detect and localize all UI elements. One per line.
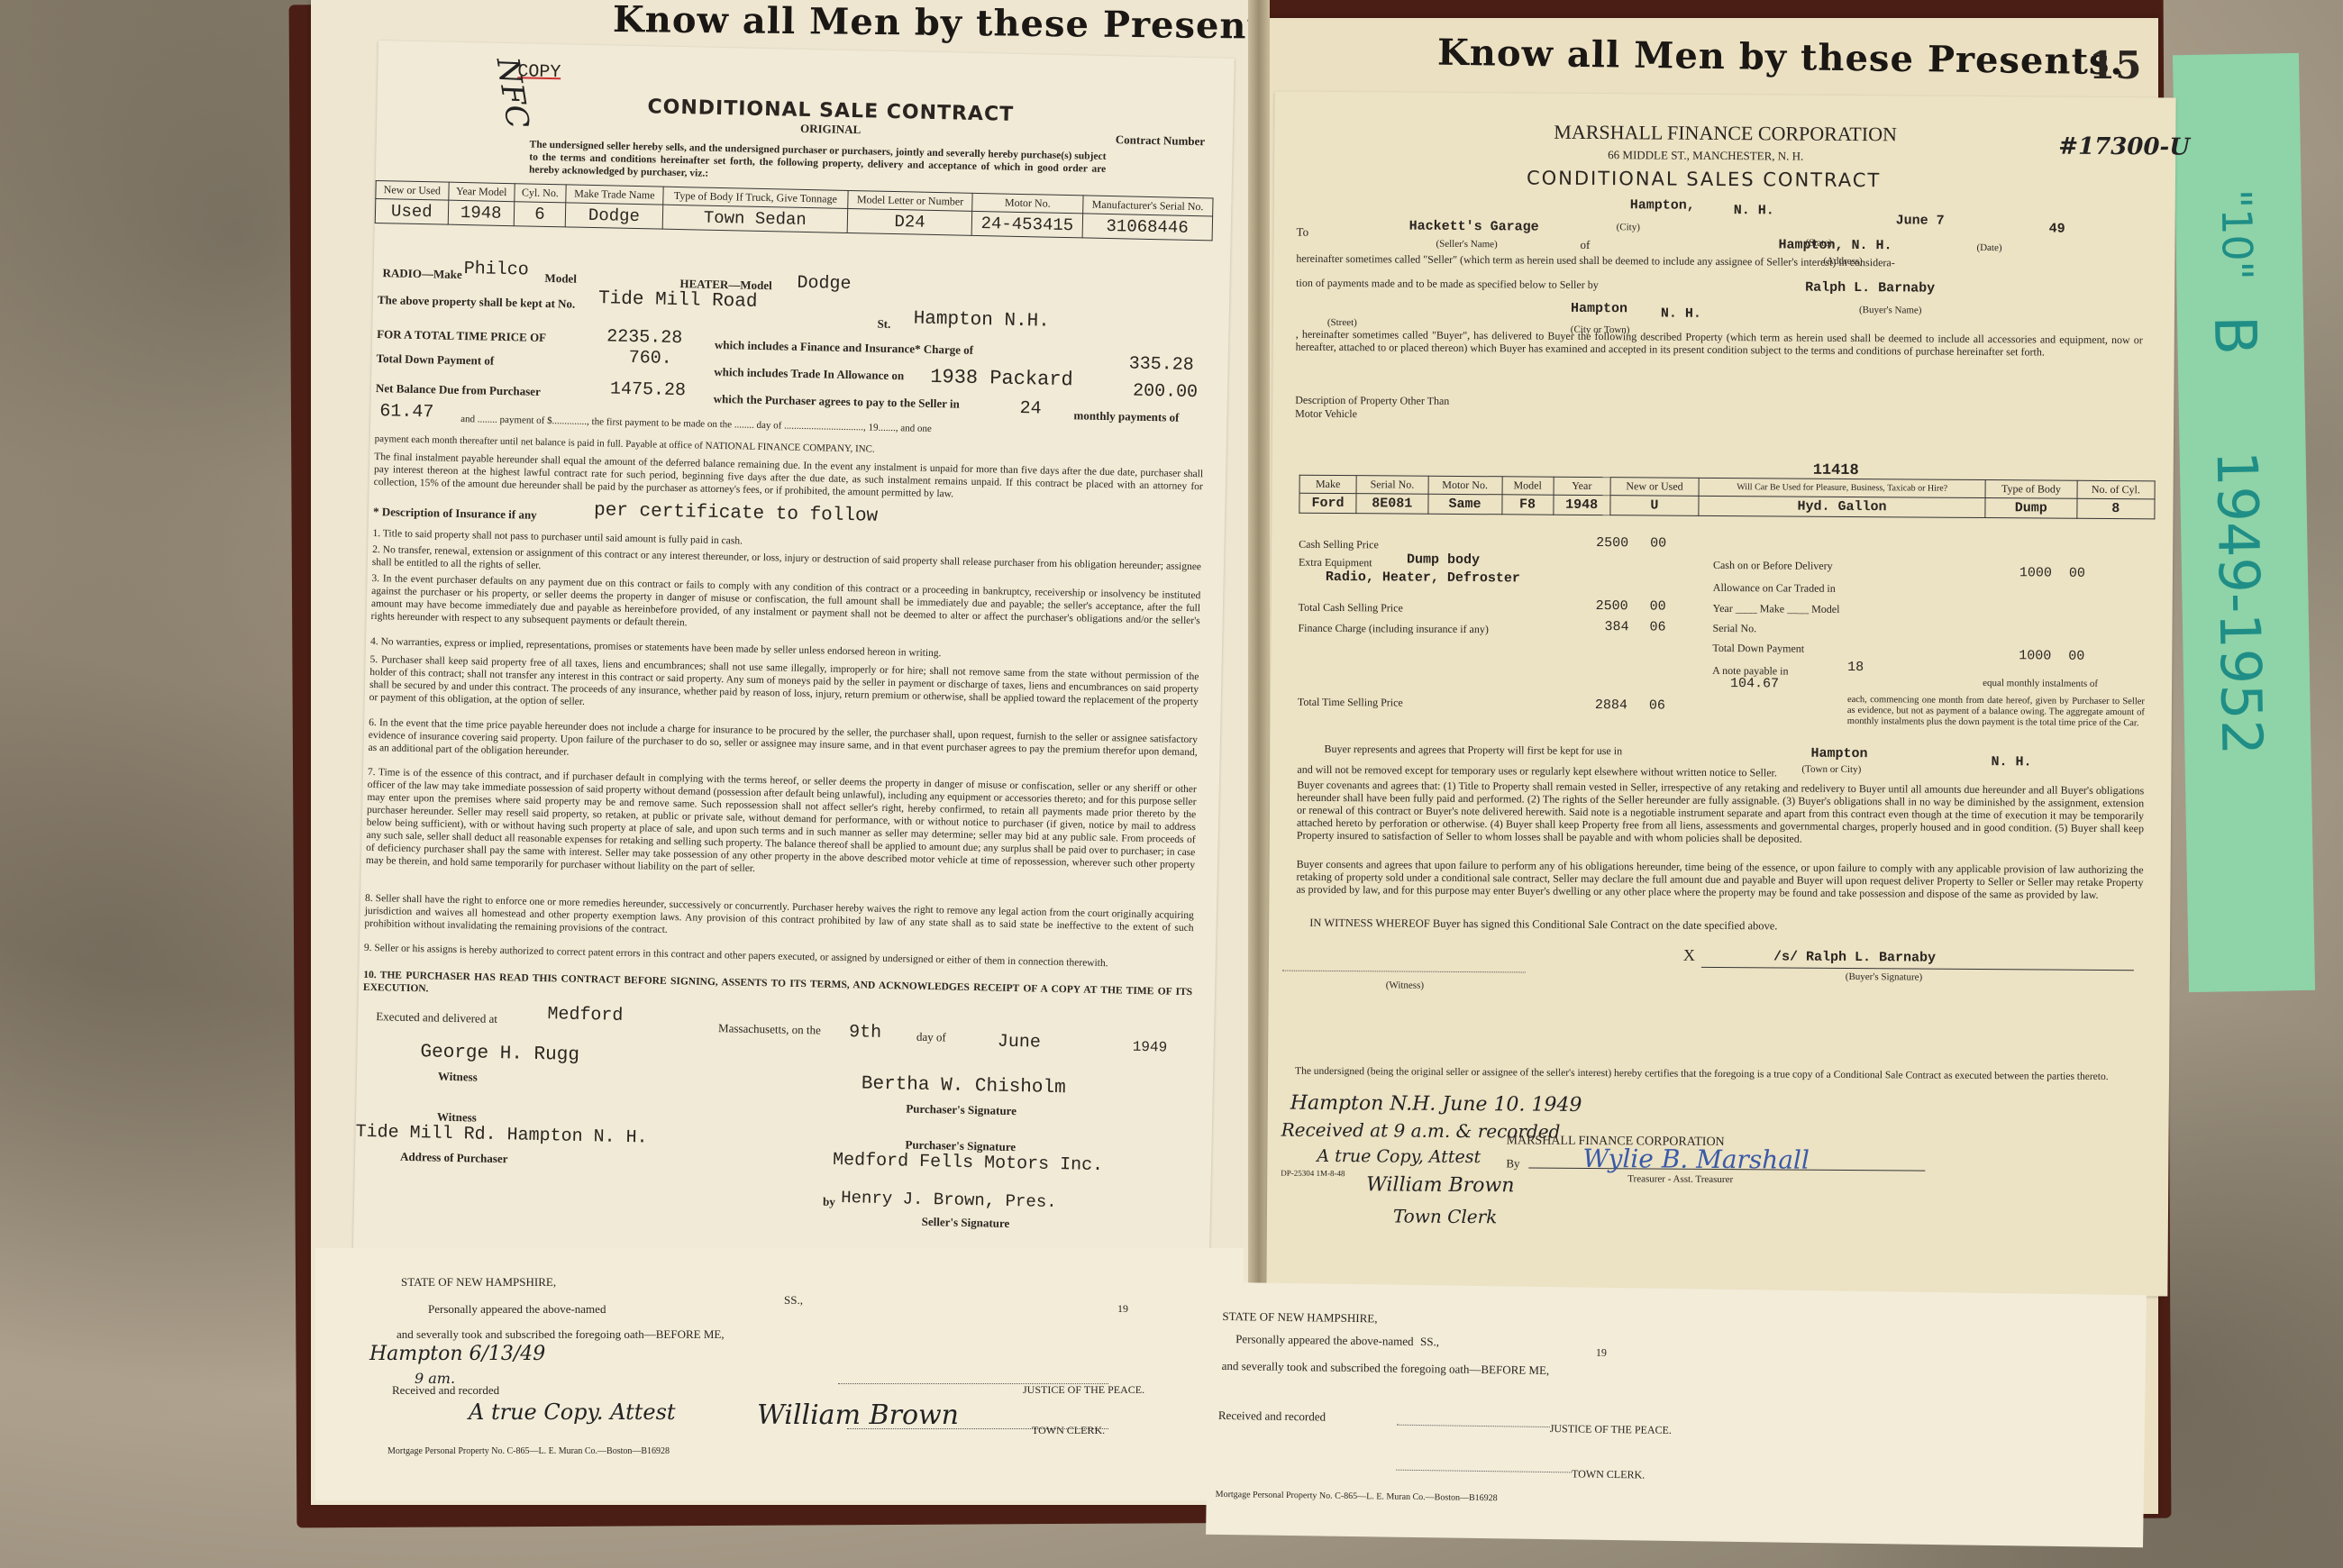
- contract-number-label: Contract Number: [1116, 132, 1206, 149]
- clerk-signature-line-right: [1396, 1470, 1572, 1473]
- total-time-selling-price-cents: 06: [1649, 697, 1665, 713]
- intro-text: The undersigned seller hereby sells, and…: [529, 139, 1107, 188]
- cell-motor: Same: [1427, 494, 1501, 515]
- right-vehicle-table: Make Serial No. Motor No. Model Year New…: [1299, 475, 2155, 520]
- agrees-label: which the Purchaser agrees to pay to the…: [714, 392, 960, 412]
- right-title: CONDITIONAL SALES CONTRACT: [1527, 167, 1881, 191]
- term-6: 6. In the event that the time price paya…: [368, 716, 1198, 771]
- witness-signature-line: [1282, 971, 1526, 973]
- by-label: by: [823, 1195, 835, 1209]
- oath-ss-right: SS.,: [1420, 1335, 1439, 1349]
- index-tab: "10" B 1949-1952: [2173, 53, 2315, 992]
- executed-day: 9th: [849, 1022, 881, 1044]
- col-year: Year Model: [448, 182, 515, 202]
- buyer-name: Ralph L. Barnaby: [1805, 280, 1935, 296]
- buyer-city: Hampton: [1571, 301, 1627, 316]
- kept-state: N. H.: [1991, 754, 2031, 770]
- finance-charge: 335.28: [1128, 354, 1193, 377]
- finance-charge-label-right: Finance Charge (including insurance if a…: [1298, 622, 1488, 636]
- oath-ss: SS.,: [784, 1293, 803, 1308]
- term-7: 7. Time is of the essence of this contra…: [366, 766, 1197, 884]
- handwritten-recording-3: A true Copy, Attest: [1317, 1146, 1481, 1167]
- certify-by: By: [1506, 1156, 1519, 1171]
- col-new-used: New or Used: [1610, 478, 1699, 497]
- kept-clause-2: and will not be removed except for tempo…: [1297, 763, 1777, 780]
- kept-at-label: The above property shall be kept at No.: [378, 293, 576, 312]
- oath-sworn-right: and severally took and subscribed the fo…: [1222, 1359, 1550, 1378]
- cell-serial: 31068446: [1082, 214, 1213, 241]
- term-5: 5. Purchaser shall keep said property fr…: [369, 653, 1199, 721]
- street-label: (Street): [1327, 317, 1357, 328]
- total-down-payment-cents: 00: [2068, 649, 2084, 664]
- buyer-signature-line: [1701, 967, 2134, 971]
- handwritten-ref: #17300-U: [2058, 133, 2190, 161]
- extra-equipment-value-2: Radio, Heater, Defroster: [1326, 570, 1520, 587]
- purchaser-address: Tide Mill Rd. Hampton N. H.: [355, 1122, 647, 1149]
- executed-state: Massachusetts, on the: [718, 1021, 821, 1037]
- extra-equipment-label: Extra Equipment: [1299, 556, 1372, 570]
- trade-in-vehicle: 1938 Packard: [930, 366, 1073, 391]
- down-payment-label: Total Down Payment of: [376, 351, 494, 369]
- executed-place: Medford: [547, 1004, 623, 1026]
- seller-name-right: Hackett's Garage: [1409, 219, 1539, 235]
- witness-1: George H. Rugg: [420, 1042, 579, 1066]
- executed-year: 1949: [1133, 1039, 1168, 1056]
- consents: Buyer consents and agrees that upon fail…: [1296, 858, 2143, 902]
- col-year: Year: [1554, 477, 1610, 495]
- cell-body: Town Sedan: [662, 205, 847, 232]
- executed-label: Executed and delivered at: [376, 1009, 497, 1026]
- total-time-selling-price-label: Total Time Selling Price: [1298, 696, 1403, 710]
- payments-of-label: monthly payments of: [1073, 408, 1179, 424]
- radio-label: RADIO—Make: [382, 266, 461, 282]
- buyer-name-label: (Buyer's Name): [1859, 305, 1922, 315]
- cell-usage: Hyd. Gallon: [1699, 496, 1985, 517]
- date-label: (Date): [1976, 242, 2001, 253]
- tab-label-letter: B: [2201, 315, 2268, 356]
- trade-in-label: which includes Trade In Allowance on: [714, 365, 904, 383]
- handwritten-recording-1: Hampton N.H. June 10. 1949: [1290, 1092, 1582, 1117]
- of-label: of: [1580, 238, 1590, 252]
- trade-in-amount: 200.00: [1133, 381, 1198, 404]
- contract-year: 49: [2049, 222, 2065, 237]
- cash-selling-price-cents: 00: [1650, 535, 1666, 551]
- left-banner: Know all Men by these Presents.: [613, 0, 1299, 48]
- justice-signature-line-right: [1397, 1425, 1550, 1427]
- total-cash-selling-price-cents: 00: [1650, 598, 1666, 614]
- final-instalment-text: The final instalment payable hereunder s…: [374, 451, 1204, 506]
- witness-clause: IN WITNESS WHEREOF Buyer has signed this…: [1309, 916, 1777, 934]
- cell-motor: 24-453415: [972, 211, 1083, 238]
- handwritten-place-date: Hampton 6/13/49: [369, 1343, 545, 1365]
- col-model: Model: [1502, 477, 1554, 495]
- buyer-state: N. H.: [1661, 306, 1701, 322]
- total-time-price-label: FOR A TOTAL TIME PRICE OF: [377, 327, 546, 345]
- instalment-label: equal monthly instalments of: [1983, 678, 2098, 689]
- company-name: MARSHALL FINANCE CORPORATION: [1554, 121, 1897, 147]
- form-footer-right: Mortgage Personal Property No. C-865—L. …: [1216, 1490, 1498, 1503]
- tab-label-years: 1949-1952: [2204, 450, 2275, 755]
- buyer-signature-label: (Buyer's Signature): [1846, 971, 1922, 983]
- company-address: 66 MIDDLE ST., MANCHESTER, N. H.: [1608, 148, 1803, 164]
- seller-signature-label: Seller's Signature: [922, 1215, 1010, 1231]
- instalment-amount: 104.67: [1730, 676, 1779, 691]
- total-cash-selling-price-label: Total Cash Selling Price: [1299, 601, 1403, 615]
- left-vehicle-table: New or Used Year Model Cyl. No. Make Tra…: [375, 180, 1214, 241]
- term-8: 8. Seller shall have the right to enforc…: [364, 892, 1194, 947]
- term-9: 9. Seller or his assigns is hereby autho…: [364, 942, 1193, 971]
- consideration-clause: tion of payments made and to be made as …: [1296, 277, 1599, 292]
- contract-state: N. H.: [1734, 203, 1774, 218]
- col-serial: Serial No.: [1356, 476, 1428, 495]
- col-cyl: Cyl. No.: [515, 184, 566, 203]
- total-down-payment-dollars: 1000: [2019, 648, 2051, 663]
- x-mark: X: [1683, 946, 1695, 965]
- buyer-signature: /s/ Ralph L. Barnaby: [1773, 949, 1936, 965]
- purchaser-signature-label-1: Purchaser's Signature: [906, 1102, 1017, 1119]
- handwritten-clerk-signature: William Brown: [757, 1399, 959, 1431]
- payment-line: and ........ payment of $..............,…: [460, 414, 932, 434]
- model-label: Model: [544, 271, 577, 287]
- finance-charge-label: which includes a Finance and Insurance* …: [715, 338, 973, 358]
- cash-selling-price-dollars: 2500: [1596, 535, 1628, 551]
- kept-at-town: Hampton N.H.: [913, 309, 1050, 333]
- justice-label-right: JUSTICE OF THE PEACE.: [1550, 1422, 1672, 1437]
- left-contract-sheet: COPY NFC CONDITIONAL SALE CONTRACT ORIGI…: [353, 41, 1235, 1271]
- tab-label-number: "10": [2212, 189, 2263, 281]
- seller-clause: hereinafter sometimes called "Seller" (w…: [1296, 252, 1894, 270]
- oath-state-right: STATE OF NEW HAMPSHIRE,: [1222, 1309, 1377, 1326]
- seller-signatory: Henry J. Brown, Pres.: [841, 1188, 1057, 1212]
- executed-month: June: [998, 1032, 1041, 1053]
- form-footer: Mortgage Personal Property No. C-865—L. …: [387, 1446, 670, 1456]
- col-make: Make: [1299, 475, 1356, 493]
- trade-allowance-label: Allowance on Car Traded in: [1713, 581, 1836, 596]
- heater-model: Dodge: [797, 273, 851, 295]
- finance-charge-cents: 06: [1649, 619, 1665, 634]
- total-time-selling-price-dollars: 2884: [1595, 697, 1627, 713]
- certify-title: Treasurer - Asst. Treasurer: [1627, 1173, 1733, 1185]
- kept-town: Hampton: [1810, 746, 1867, 761]
- certify-signature: Wylie B. Marshall: [1582, 1144, 1810, 1175]
- right-oath-stub: STATE OF NEW HAMPSHIRE, SS., 19 Personal…: [1206, 1282, 2147, 1547]
- oath-sworn: and severally took and subscribed the fo…: [397, 1327, 725, 1342]
- cell-new-used: U: [1610, 496, 1699, 516]
- left-oath-stub: STATE OF NEW HAMPSHIRE, SS., 19 Personal…: [315, 1248, 1244, 1500]
- cell-year: 1948: [1554, 495, 1610, 515]
- certify-clause: The undersigned (being the original sell…: [1295, 1065, 2142, 1084]
- col-cyl: No. of Cyl.: [2077, 480, 2156, 499]
- contract-city: Hampton,: [1630, 197, 1695, 214]
- oath-year-right: 19: [1596, 1346, 1607, 1360]
- note-months: 18: [1847, 660, 1864, 675]
- radio-make: Philco: [463, 259, 528, 281]
- cell-model: F8: [1501, 495, 1553, 515]
- cell-make: Ford: [1299, 493, 1356, 513]
- seller-address: Hampton, N. H.: [1778, 237, 1892, 253]
- trade-serial-label: Serial No.: [1712, 622, 1756, 635]
- total-down-payment-label: Total Down Payment: [1712, 642, 1804, 656]
- oath-received: Received and recorded: [392, 1383, 499, 1398]
- justice-label: JUSTICE OF THE PEACE.: [1023, 1383, 1144, 1397]
- page-number: 15: [2089, 43, 2141, 87]
- kept-clause: Buyer represents and agrees that Propert…: [1325, 743, 1623, 758]
- form-code: DP-25304 1M-8-48: [1281, 1169, 1345, 1178]
- insurance-label: * Description of Insurance if any: [373, 505, 537, 523]
- term-10: 10. THE PURCHASER HAS READ THIS CONTRACT…: [363, 969, 1192, 1011]
- oath-appeared: Personally appeared the above-named: [428, 1302, 606, 1317]
- cell-new-used: Used: [375, 198, 448, 224]
- to-label: To: [1297, 225, 1309, 240]
- purchaser-signature: Bertha W. Chisholm: [862, 1073, 1066, 1099]
- oath-appeared-right: Personally appeared the above-named: [1235, 1332, 1414, 1349]
- col-motor: Motor No.: [1428, 476, 1502, 495]
- right-contract-sheet: #17300-U MARSHALL FINANCE CORPORATION 66…: [1266, 92, 2175, 1297]
- col-usage: Will Car Be Used for Pleasure, Business,…: [1699, 478, 1985, 497]
- col-make: Make Trade Name: [566, 185, 663, 205]
- net-balance: 1475.28: [610, 378, 686, 401]
- kept-at-street: Tide Mill Road: [598, 288, 758, 313]
- clerk-label: TOWN CLERK.: [1032, 1424, 1105, 1437]
- payment-amount: 61.47: [379, 401, 433, 423]
- finance-charge-dollars: 384: [1604, 619, 1628, 634]
- cash-selling-price-label: Cash Selling Price: [1299, 538, 1379, 552]
- handwritten-recording-5: Town Clerk: [1393, 1205, 1498, 1227]
- town-city-label: (Town or City): [1801, 764, 1861, 775]
- oath-received-right: Received and recorded: [1218, 1408, 1326, 1425]
- trade-year-make-model-label: Year ____ Make ____ Model: [1713, 602, 1840, 616]
- clerk-label-right: TOWN CLERK.: [1572, 1467, 1645, 1481]
- cash-before-delivery-dollars: 1000: [2019, 565, 2052, 580]
- contract-date: June 7: [1896, 213, 1945, 228]
- num-payments: 24: [1019, 398, 1041, 419]
- cell-year: 1948: [448, 200, 515, 226]
- address-label: Address of Purchaser: [400, 1150, 508, 1166]
- cell-cyl: 8: [2076, 498, 2155, 519]
- cell-make: Dodge: [565, 203, 663, 229]
- total-cash-selling-price-dollars: 2500: [1596, 598, 1628, 614]
- cell-cyl: 6: [514, 202, 566, 227]
- seller-name: Medford Fells Motors Inc.: [833, 1150, 1103, 1176]
- insurance-value: per certificate to follow: [594, 500, 878, 527]
- note-clause: each, commencing one month from date her…: [1847, 695, 2145, 729]
- cell-serial: 8E081: [1356, 494, 1428, 515]
- handwritten-attest: A true Copy. Attest: [469, 1399, 676, 1425]
- cell-body: Dump: [1985, 498, 2077, 519]
- total-time-price: 2235.28: [606, 326, 682, 349]
- oath-year: 19: [1117, 1302, 1128, 1316]
- contract-no: 11418: [1813, 462, 1859, 479]
- cash-before-delivery-label: Cash on or Before Delivery: [1713, 559, 1833, 573]
- cash-before-delivery-cents: 00: [2069, 566, 2085, 581]
- witness-label-right: (Witness): [1386, 980, 1424, 990]
- city-label: (City): [1617, 222, 1640, 232]
- buyer-clause: , hereinafter sometimes called "Buyer", …: [1296, 328, 2143, 360]
- cell-model: D24: [847, 208, 972, 235]
- description-label: Description of Property Other Than Motor…: [1295, 394, 1475, 422]
- col-body: Type of Body: [1985, 480, 2077, 499]
- st-label: St.: [877, 317, 890, 332]
- left-subtitle: ORIGINAL: [800, 122, 862, 137]
- extra-equipment-value: Dump body: [1407, 552, 1480, 569]
- covenants: Buyer covenants and agrees that: (1) Tit…: [1297, 779, 2144, 848]
- down-payment: 760.: [628, 348, 671, 369]
- seller-name-label: (Seller's Name): [1436, 239, 1497, 250]
- col-motor: Motor No.: [972, 193, 1082, 214]
- handwritten-recording-4: William Brown: [1366, 1173, 1514, 1197]
- oath-state: STATE OF NEW HAMPSHIRE,: [401, 1275, 556, 1290]
- witness-label-1: Witness: [438, 1070, 478, 1085]
- net-balance-label: Net Balance Due from Purchaser: [376, 381, 541, 399]
- col-new-used: New or Used: [376, 180, 449, 200]
- day-of-label: day of: [916, 1030, 946, 1045]
